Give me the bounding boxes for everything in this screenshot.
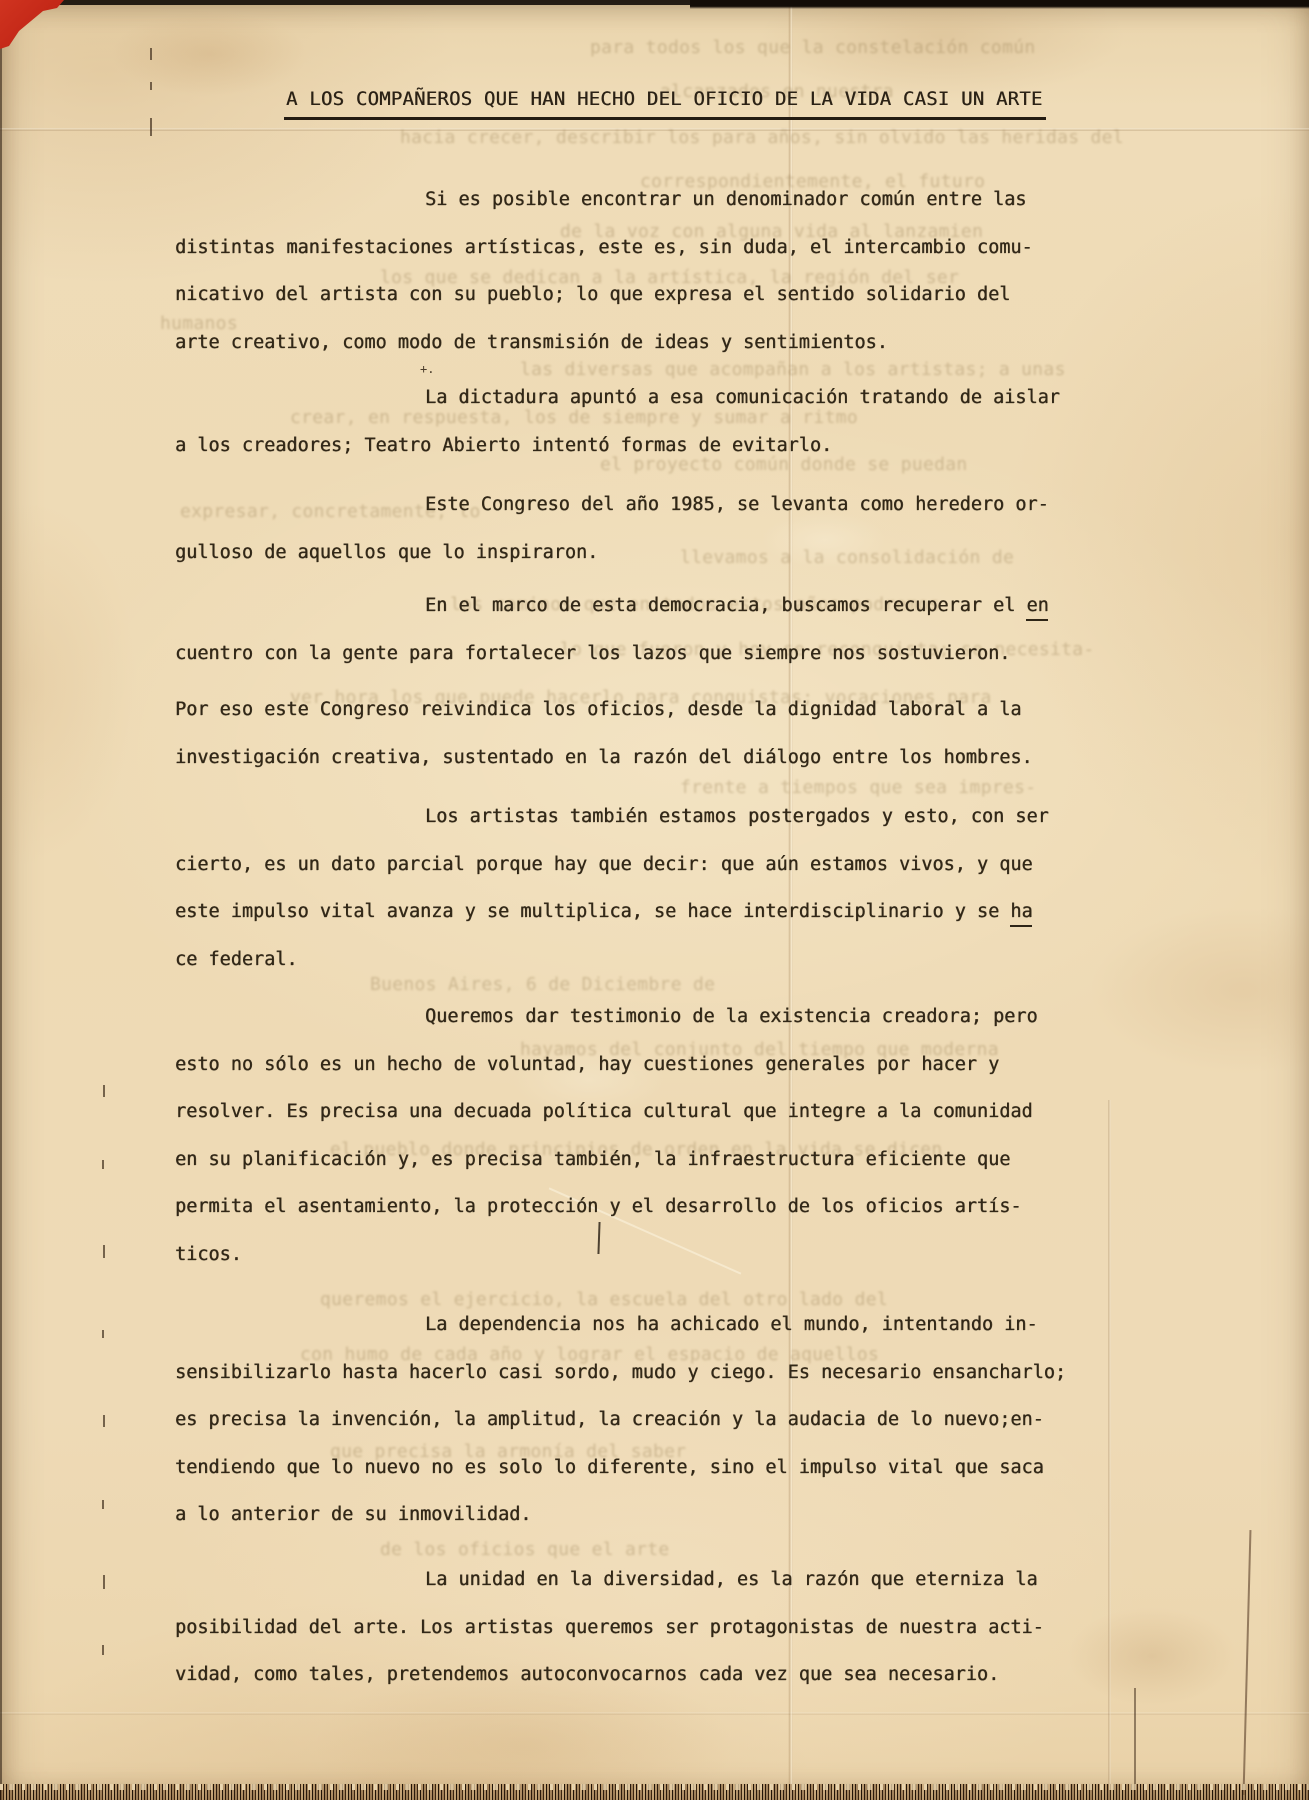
document-line: ce federal.	[175, 936, 1115, 984]
document-line: La dependencia nos ha achicado el mundo,…	[175, 1301, 1115, 1349]
document-line: esto no sólo es un hecho de voluntad, ha…	[175, 1041, 1115, 1089]
margin-dash-mark	[102, 1645, 104, 1655]
document-line: arte creativo, como modo de transmisión …	[175, 319, 1115, 367]
document-body: Si es posible encontrar un denominador c…	[0, 0, 1309, 1800]
underlined-word: en	[1026, 582, 1048, 630]
document-line: investigación creativa, sustentado en la…	[175, 734, 1115, 782]
paragraph: Los artistas también estamos postergados…	[175, 793, 1115, 983]
paragraph: Queremos dar testimonio de la existencia…	[175, 993, 1115, 1278]
document-line: Los artistas también estamos postergados…	[175, 793, 1115, 841]
margin-dash-mark	[103, 1245, 105, 1258]
document-line: resolver. Es precisa una decuada polític…	[175, 1088, 1115, 1136]
document-line: Queremos dar testimonio de la existencia…	[175, 993, 1115, 1041]
paragraph: La unidad en la diversidad, es la razón …	[175, 1556, 1115, 1699]
document-line: permita el asentamiento, la protección y…	[175, 1183, 1115, 1231]
document-line: tendiendo que lo nuevo no es solo lo dif…	[175, 1444, 1115, 1492]
document-line: La unidad en la diversidad, es la razón …	[175, 1556, 1115, 1604]
paragraph: Este Congreso del año 1985, se levanta c…	[175, 481, 1115, 576]
scan-edge-left	[0, 0, 2, 1800]
margin-dash-mark	[102, 1500, 104, 1509]
margin-dash-mark	[150, 118, 152, 136]
document-line: distintas manifestaciones artísticas, es…	[175, 224, 1115, 272]
document-line: cierto, es un dato parcial porque hay qu…	[175, 841, 1115, 889]
margin-dash-mark	[102, 1160, 104, 1169]
margin-dash-mark	[103, 1085, 105, 1097]
document-line: La dictadura apuntó a esa comunicación t…	[175, 374, 1115, 422]
document-line: vidad, como tales, pretendemos autoconvo…	[175, 1651, 1115, 1699]
margin-dash-mark	[150, 48, 152, 60]
margin-dash-mark	[150, 82, 152, 90]
scan-edge-top-right	[690, 0, 1309, 9]
document-line: Por eso este Congreso reivindica los ofi…	[175, 686, 1115, 734]
document-line: gulloso de aquellos que lo inspiraron.	[175, 529, 1115, 577]
paragraph: La dependencia nos ha achicado el mundo,…	[175, 1301, 1115, 1539]
paragraph: La dictadura apuntó a esa comunicación t…	[175, 374, 1115, 469]
document-line: a los creadores; Teatro Abierto intentó …	[175, 422, 1115, 470]
margin-dash-mark	[103, 1415, 105, 1427]
document-line: En el marco de esta democracia, buscamos…	[175, 582, 1115, 630]
underlined-word: ha	[1010, 888, 1032, 936]
paragraph: En el marco de esta democracia, buscamos…	[175, 582, 1115, 677]
paragraph: Si es posible encontrar un denominador c…	[175, 176, 1115, 366]
document-line: Si es posible encontrar un denominador c…	[175, 176, 1115, 224]
document-line: nicativo del artista con su pueblo; lo q…	[175, 271, 1115, 319]
document-line: en su planificación y, es precisa tambié…	[175, 1136, 1115, 1184]
margin-dash-mark	[103, 1575, 105, 1589]
scan-edge-bottom-fringe	[0, 1784, 1309, 1800]
margin-dash-mark	[102, 1330, 104, 1338]
document-line: posibilidad del arte. Los artistas quere…	[175, 1604, 1115, 1652]
scanned-document-page: para todos los que la constelación común…	[0, 0, 1309, 1800]
paragraph: Por eso este Congreso reivindica los ofi…	[175, 686, 1115, 781]
document-line: ticos.	[175, 1231, 1115, 1279]
small-ink-mark: +.	[420, 362, 434, 376]
document-line: Este Congreso del año 1985, se levanta c…	[175, 481, 1115, 529]
document-line: a lo anterior de su inmovilidad.	[175, 1491, 1115, 1539]
document-line: cuentro con la gente para fortalecer los…	[175, 630, 1115, 678]
document-line: sensibilizarlo hasta hacerlo casi sordo,…	[175, 1349, 1115, 1397]
document-line: este impulso vital avanza y se multiplic…	[175, 888, 1115, 936]
document-line: es precisa la invención, la amplitud, la…	[175, 1396, 1115, 1444]
